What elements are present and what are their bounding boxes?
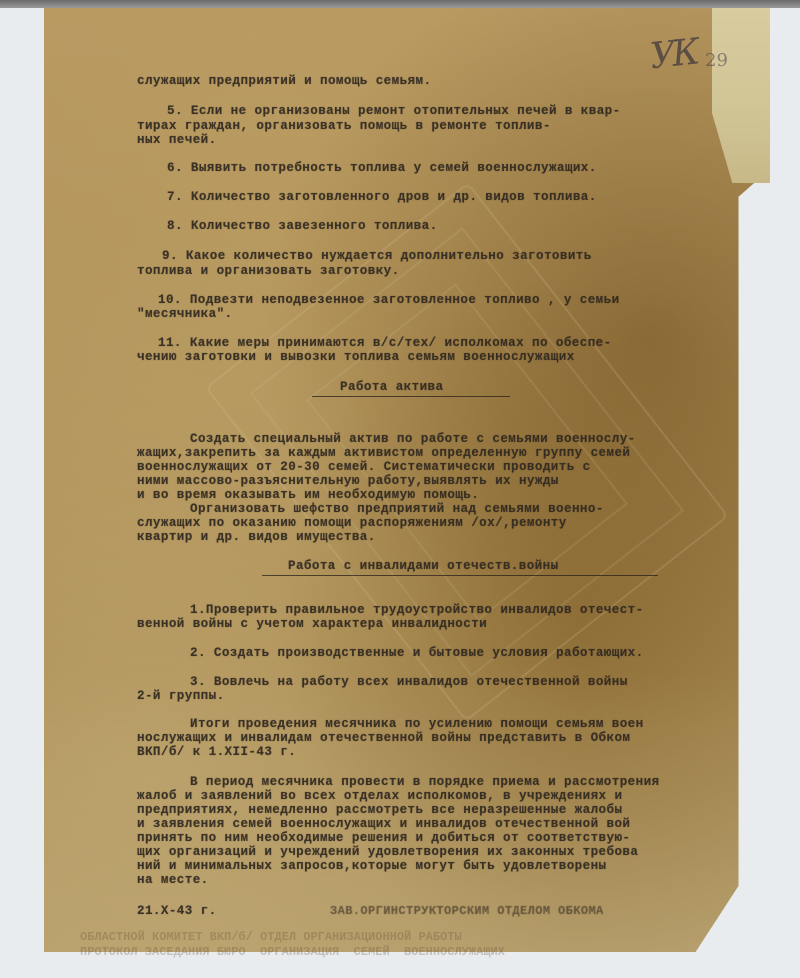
item-line: чению заготовки и вывозки топлива семьям… <box>137 350 575 364</box>
item-line: 5. Если не организованы ремонт отопитель… <box>167 104 621 118</box>
item-line: "месячника". <box>137 307 233 321</box>
bleed-through-text: ОБЛАСТНОЙ КОМИТЕТ ВКП/б/ ОТДЕЛ ОРГАНИЗАЦ… <box>80 930 462 944</box>
paragraph-line: квартир и др. видов имущества. <box>137 530 376 544</box>
heading-underline <box>312 396 510 397</box>
document-date: 21.X-43 г. <box>137 904 217 918</box>
period-line: на месте. <box>137 873 209 887</box>
item-line: 7. Количество заготовленного дров и др. … <box>167 190 597 204</box>
paragraph-line: Организовать шефство предприятий над сем… <box>190 502 604 516</box>
item-line: 6. Выявить потребность топлива у семей в… <box>167 161 597 175</box>
summary-line: ВКП/б/ к 1.XII-43 г. <box>137 745 296 759</box>
paragraph-line: Создать специальный актив по работе с се… <box>190 432 636 446</box>
item-line: 9. Какое количество нуждается дополнител… <box>162 249 592 263</box>
item-line: топлива и организовать заготовку. <box>137 264 400 278</box>
period-line: ний и минимальных запросов,которые могут… <box>137 859 607 873</box>
paragraph-line: 1.Проверить правильное трудоустройство и… <box>190 603 644 617</box>
period-line: предприятиях, немедленно рассмотреть все… <box>137 803 622 817</box>
summary-line: Итоги проведения месячника по усилению п… <box>190 717 644 731</box>
paragraph-line: служащих по оказанию помощи распоряжения… <box>137 516 567 530</box>
section-heading-activists: Работа актива <box>340 380 443 394</box>
document-text: служащих предприятий и помощь семьям. 5.… <box>0 0 16 798</box>
period-line: В период месячника провести в порядке пр… <box>190 775 660 789</box>
item-line: служащих предприятий и помощь семьям. <box>137 74 431 88</box>
period-line: принять по ним необходимые решения и доб… <box>137 831 630 845</box>
summary-line: нослужащих и инвалидам отечественной вой… <box>137 731 630 745</box>
item-line: ных печей. <box>137 133 217 147</box>
period-line: жалоб и заявлений во всех отделах исполк… <box>137 789 622 803</box>
paragraph-line: и во время оказывать им необходимую помо… <box>137 488 479 502</box>
section-heading-invalids: Работа с инвалидами отечеств.войны <box>288 559 559 573</box>
paragraph-line: 2-й группы. <box>137 689 225 703</box>
item-line: 11. Какие меры принимаются в/с/тех/ испо… <box>158 336 612 350</box>
paragraph-line: жащих,закрепить за каждым активистом опр… <box>137 446 630 460</box>
period-line: и заявления семей военнослужащих и инвал… <box>137 817 630 831</box>
item-line: 8. Количество завезенного топлива. <box>167 219 438 233</box>
heading-underline <box>262 575 658 576</box>
item-line: тирах граждан, организовать помощь в рем… <box>137 119 551 133</box>
signature-line: ЗАВ.ОРГИНСТРУКТОРСКИМ ОТДЕЛОМ ОБКОМА <box>330 904 604 918</box>
bleed-through-text: ПРОТОКОЛ ЗАСЕДАНИЯ БЮРО ОРГАНИЗАЦИЯ СЕМЕ… <box>80 945 505 959</box>
scan-backing <box>0 0 800 8</box>
paragraph-line: 2. Создать производственные и бытовые ус… <box>190 646 644 660</box>
archive-mark: УК <box>648 32 698 78</box>
paragraph-line: венной войны с учетом характера инвалидн… <box>137 617 487 631</box>
item-line: 10. Подвезти неподвезенное заготовленное… <box>158 293 620 307</box>
period-line: щих организаций и учреждений удовлетворе… <box>137 845 638 859</box>
paragraph-line: ними массово-разъяснительную работу,выяв… <box>137 474 559 488</box>
paragraph-line: 3. Вовлечь на работу всех инвалидов отеч… <box>190 675 628 689</box>
sheet-number: 29 <box>705 50 728 71</box>
paragraph-line: военнослужащих от 20-30 семей. Системати… <box>137 460 591 474</box>
